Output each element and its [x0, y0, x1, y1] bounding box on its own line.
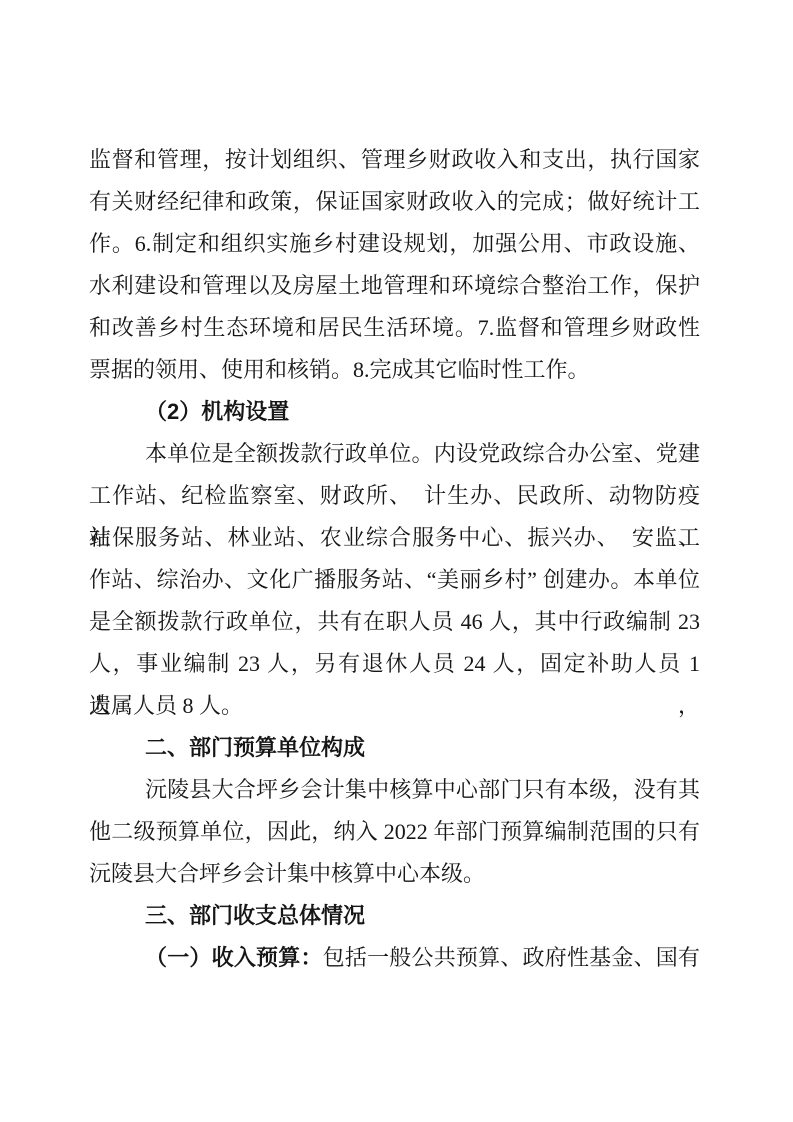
- text-line: 有关财经纪律和政策，保证国家财政收入的完成；做好统计工: [89, 181, 700, 223]
- text-line: 是全额拨款行政单位，共有在职人员 46 人，其中行政编制 23: [89, 601, 700, 643]
- text-run: 沅陵县大合坪乡会计集中核算中心本级。: [89, 861, 485, 886]
- text-line: 作。6.制定和组织实施乡村建设规划，加强公用、市政设施、: [89, 223, 700, 265]
- section-heading: 三、部门收支总体情况: [89, 895, 700, 937]
- text-line: 沅陵县大合坪乡会计集中核算中心部门只有本级，没有其: [89, 769, 700, 811]
- text-line: 监督和管理，按计划组织、管理乡财政收入和支出，执行国家: [89, 139, 700, 181]
- text-run: 是全额拨款行政单位，共有在职人员 46 人，其中行政编制 23: [89, 609, 700, 634]
- text-line: 人，事业编制 23 人，另有退休人员 24 人，固定补助人员 1 人，: [89, 643, 700, 685]
- bold-text-run: 三、部门收支总体情况: [145, 903, 365, 928]
- text-line: 沅陵县大合坪乡会计集中核算中心本级。: [89, 853, 700, 895]
- text-run: 包括一般公共预算、政府性基金、国有: [323, 945, 700, 970]
- text-line: 和改善乡村生态环境和居民生活环境。7.监督和管理乡财政性: [89, 307, 700, 349]
- text-run: 票据的领用、使用和核销。8.完成其它临时性工作。: [89, 357, 590, 382]
- bold-text-run: （2）机构设置: [145, 399, 289, 424]
- text-line: 他二级预算单位，因此，纳入 2022 年部门预算编制范围的只有: [89, 811, 700, 853]
- text-run: 本单位是全额拨款行政单位。内设党政综合办公室、党建: [145, 441, 700, 466]
- text-run: 他二级预算单位，因此，纳入 2022 年部门预算编制范围的只有: [89, 819, 700, 844]
- bold-text-run: 二、部门预算单位构成: [145, 735, 365, 760]
- text-line: 作站、综治办、文化广播服务站、“美丽乡村” 创建办。本单位: [89, 559, 700, 601]
- text-run: 作。6.制定和组织实施乡村建设规划，加强公用、市政设施、: [89, 231, 700, 256]
- bold-text-run: （一）收入预算：: [145, 945, 323, 970]
- section-heading: （2）机构设置: [89, 391, 700, 433]
- text-run: 沅陵县大合坪乡会计集中核算中心部门只有本级，没有其: [145, 777, 700, 802]
- text-run: 和改善乡村生态环境和居民生活环境。7.监督和管理乡财政性: [89, 315, 700, 340]
- text-run: 水利建设和管理以及房屋土地管理和环境综合整治工作，保护: [89, 273, 700, 298]
- text-line: 票据的领用、使用和核销。8.完成其它临时性工作。: [89, 349, 700, 391]
- section-heading: 二、部门预算单位构成: [89, 727, 700, 769]
- text-line: （一）收入预算：包括一般公共预算、政府性基金、国有: [89, 937, 700, 979]
- text-line: 本单位是全额拨款行政单位。内设党政综合办公室、党建: [89, 433, 700, 475]
- document-page: 监督和管理，按计划组织、管理乡财政收入和支出，执行国家有关财经纪律和政策，保证国…: [0, 0, 793, 1122]
- text-line: 社保服务站、林业站、农业综合服务中心、振兴办、 安监工: [89, 517, 700, 559]
- text-line: 水利建设和管理以及房屋土地管理和环境综合整治工作，保护: [89, 265, 700, 307]
- text-line: 工作站、纪检监察室、财政所、 计生办、民政所、动物防疫站、: [89, 475, 700, 517]
- document-body: 监督和管理，按计划组织、管理乡财政收入和支出，执行国家有关财经纪律和政策，保证国…: [89, 139, 700, 979]
- text-run: 有关财经纪律和政策，保证国家财政收入的完成；做好统计工: [89, 189, 700, 214]
- text-run: 遗属人员 8 人。: [89, 693, 243, 718]
- text-run: 社保服务站、林业站、农业综合服务中心、振兴办、 安监工: [89, 525, 700, 550]
- text-run: 作站、综治办、文化广播服务站、“美丽乡村” 创建办。本单位: [89, 567, 700, 592]
- text-run: 监督和管理，按计划组织、管理乡财政收入和支出，执行国家: [89, 147, 700, 172]
